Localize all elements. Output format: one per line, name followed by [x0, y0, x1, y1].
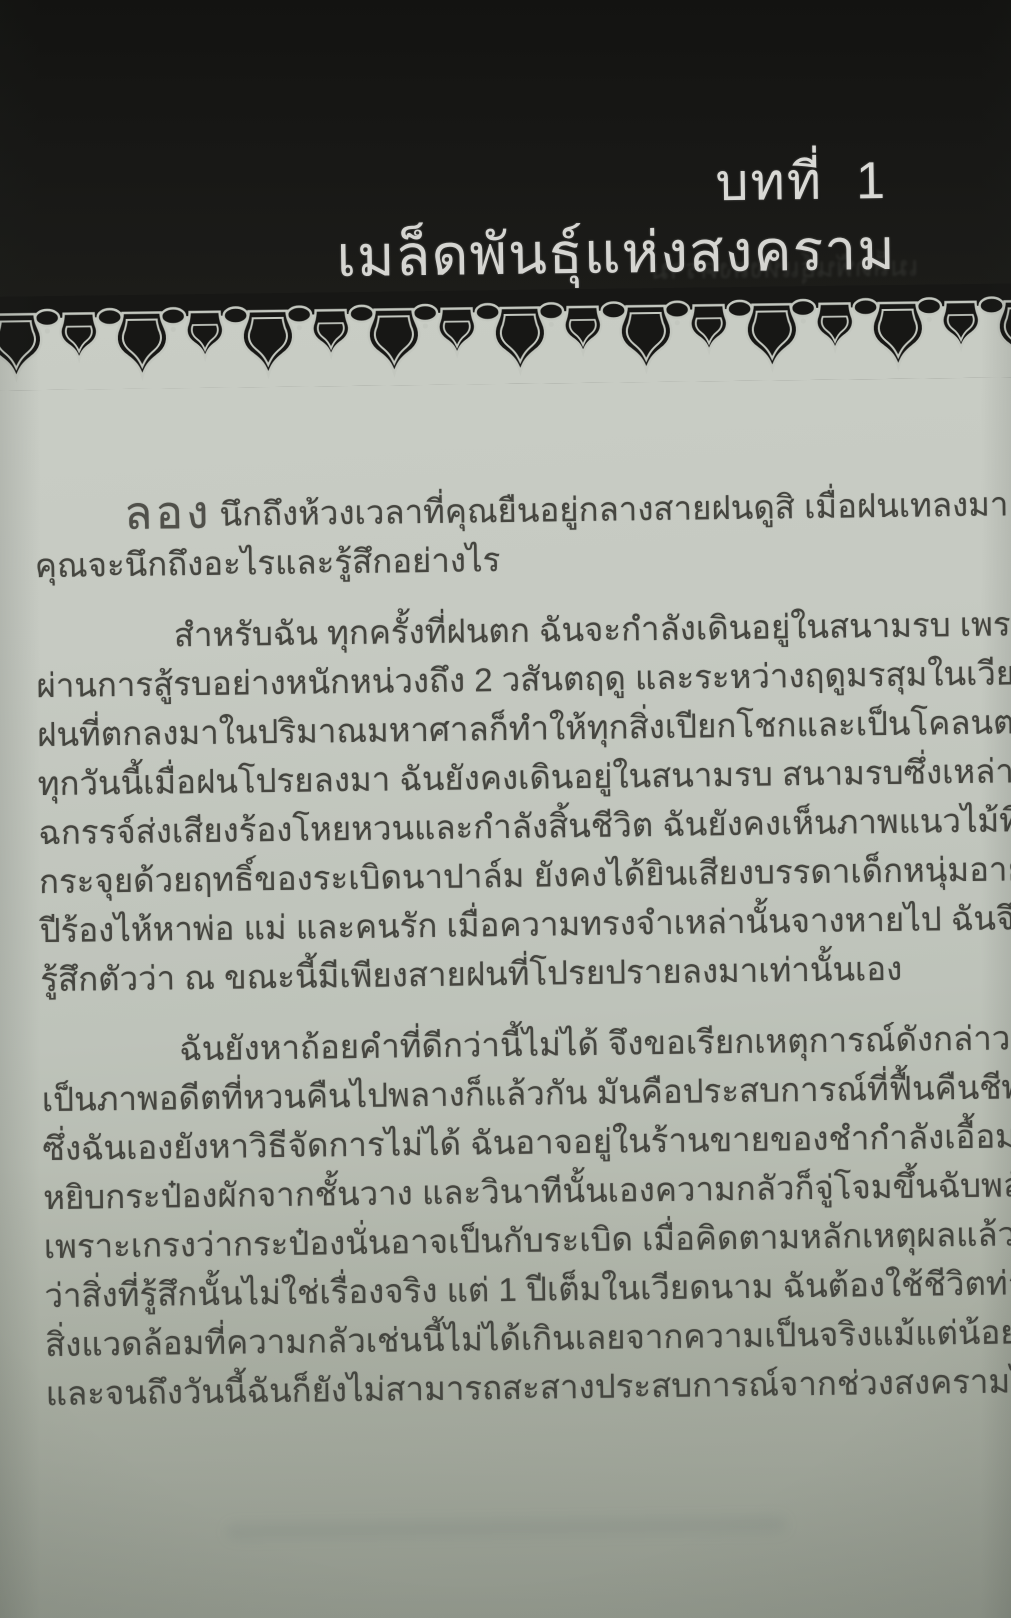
paragraph: สำหรับฉัน ทุกครั้งที่ฝนตก ฉันจะกำลังเดิน…	[36, 601, 921, 1004]
text-line: คุณจะนึกถึงอะไรและรู้สึกอย่างไร	[35, 530, 916, 591]
thai-ornament-border-icon	[0, 283, 1011, 391]
paragraph: ลองนึกถึงห้วงเวลาที่คุณยืนอยู่กลางสายฝนด…	[34, 479, 915, 591]
chapter-number: บทที่ 1	[715, 151, 887, 213]
paragraph: ฉันยังหาถ้อยคำที่ดีกว่านี้ไม่ได้ จึงขอเร…	[41, 1015, 926, 1418]
body-text: ลองนึกถึงห้วงเวลาที่คุณยืนอยู่กลางสายฝนด…	[34, 479, 926, 1440]
text-line: และจนถึงวันนี้ฉันก็ยังไม่สามารถสะสางประส…	[45, 1358, 926, 1419]
page-content: เมล็ดพันธุ์แห่งสงคราม บทที่ 1 เมล็ดพันธุ…	[0, 0, 1011, 1618]
text-line-content: นึกถึงห้วงเวลาที่คุณยืนอยู่กลางสายฝนดูสิ…	[219, 485, 1008, 532]
text-line: รู้สึกตัวว่า ณ ขณะนี้มีเพียงสายฝนที่โปรย…	[40, 944, 921, 1005]
lead-word: ลอง	[124, 486, 212, 539]
page-showthrough-smudge	[226, 1516, 786, 1539]
chapter-title: เมล็ดพันธุ์แห่งสงคราม	[336, 215, 896, 292]
book-page-photo: เมล็ดพันธุ์แห่งสงคราม บทที่ 1 เมล็ดพันธุ…	[0, 0, 1011, 1618]
